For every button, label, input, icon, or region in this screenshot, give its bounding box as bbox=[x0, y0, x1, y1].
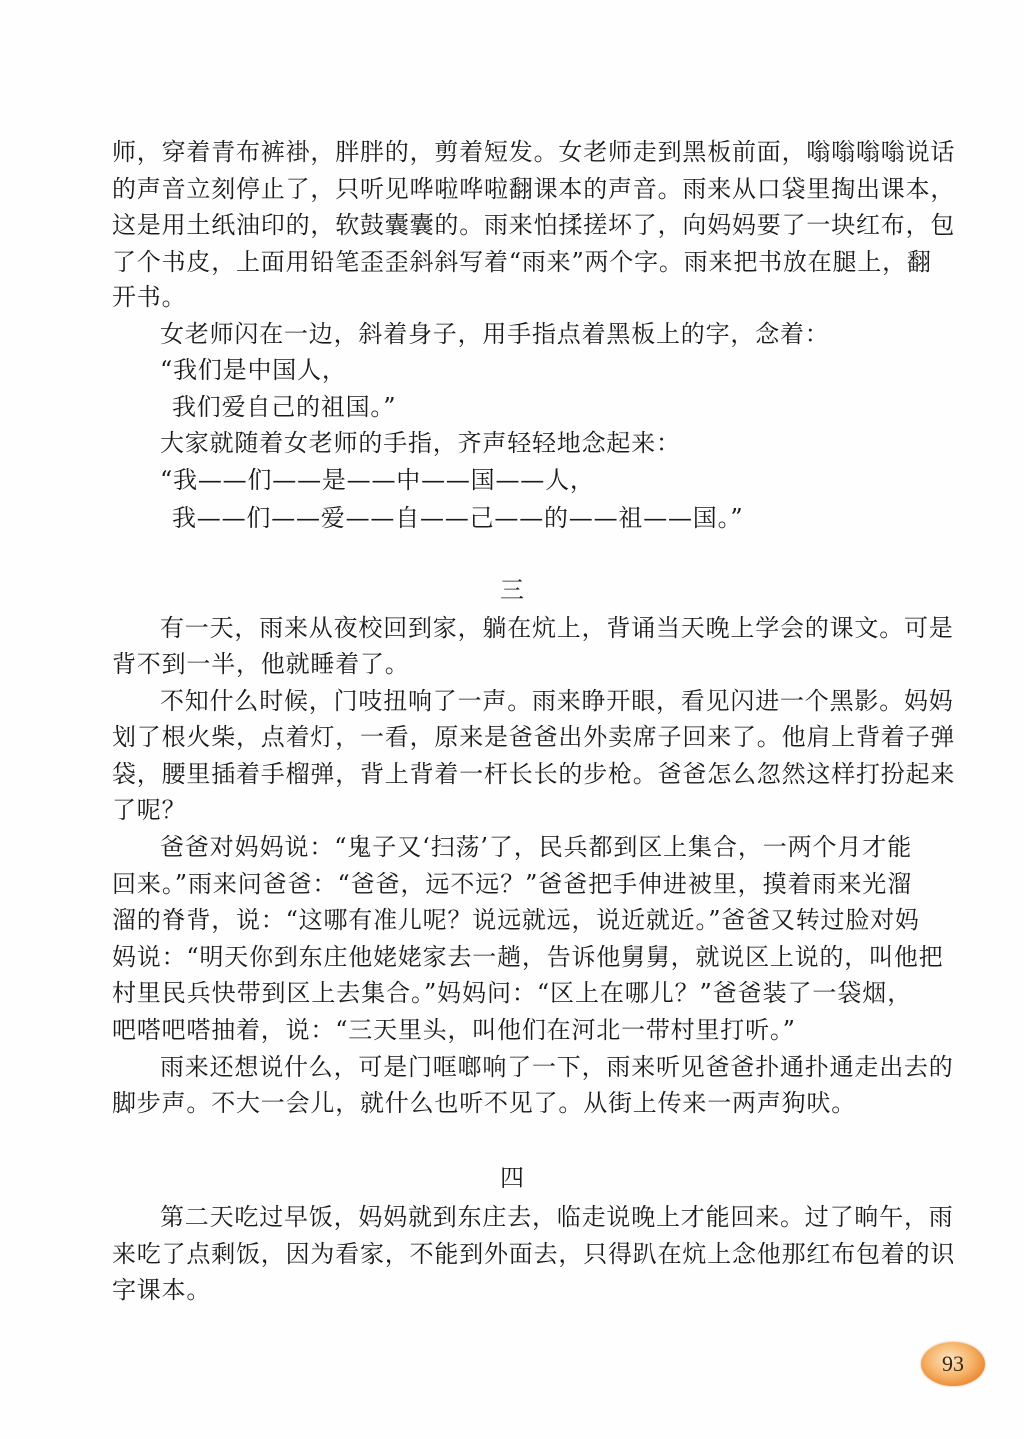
paragraph-line: 村里民兵快带到区上去集合。”妈妈问：“区上在哪儿？”爸爸装了一袋烟， bbox=[112, 978, 912, 1008]
paragraph-line: 这是用土纸油印的，软鼓囊囊的。雨来怕揉搓坏了，向妈妈要了一块红布，包 bbox=[112, 210, 912, 240]
paragraph-line: 回来。”雨来问爸爸：“爸爸，远不远？”爸爸把手伸进被里，摸着雨来光溜 bbox=[112, 869, 912, 899]
page-number: 93 bbox=[942, 1351, 964, 1377]
paragraph-line: 了个书皮，上面用铅笔歪歪斜斜写着“雨来”两个字。雨来把书放在腿上，翻 bbox=[112, 247, 912, 277]
recitation-line: 我——们——爱——自——己——的——祖——国。” bbox=[172, 503, 972, 533]
paragraph-line: 脚步声。不大一会儿，就什么也听不见了。从街上传来一两声狗吠。 bbox=[112, 1088, 912, 1118]
textbook-page: 师，穿着青布裤褂，胖胖的，剪着短发。女老师走到黑板前面，嗡嗡嗡嗡说话 的声音立刻… bbox=[0, 0, 1024, 1439]
paragraph-line: 第二天吃过早饭，妈妈就到东庄去，临走说晚上才能回来。过了晌午，雨 bbox=[160, 1202, 912, 1232]
paragraph-line: 爸爸对妈妈说：“鬼子又‘扫荡’了，民兵都到区上集合，一两个月才能 bbox=[160, 832, 912, 862]
paragraph: 大家就随着女老师的手指，齐声轻轻地念起来： bbox=[160, 428, 960, 458]
recitation-line: “我们是中国人， bbox=[160, 355, 960, 385]
paragraph: 女老师闪在一边，斜着身子，用手指点着黑板上的字，念着： bbox=[160, 319, 960, 349]
paragraph-line: 有一天，雨来从夜校回到家，躺在炕上，背诵当天晚上学会的课文。可是 bbox=[160, 613, 912, 643]
paragraph-line: 不知什么时候，门吱扭响了一声。雨来睁开眼，看见闪进一个黑影。妈妈 bbox=[160, 686, 912, 716]
paragraph-line: 雨来还想说什么，可是门哐啷响了一下，雨来听见爸爸扑通扑通走出去的 bbox=[160, 1052, 912, 1082]
paragraph-line: 溜的脊背，说：“这哪有准儿呢？说远就远，说近就近。”爸爸又转过脸对妈 bbox=[112, 905, 912, 935]
section-heading: 四 bbox=[0, 1163, 1024, 1193]
paragraph-line: 来吃了点剩饭，因为看家，不能到外面去，只得趴在炕上念他那红布包着的识 bbox=[112, 1239, 912, 1269]
recitation-line: “我——们——是——中——国——人， bbox=[160, 465, 960, 495]
paragraph-line: 了呢？ bbox=[112, 795, 912, 825]
paragraph-line: 的声音立刻停止了，只听见哗啦哗啦翻课本的声音。雨来从口袋里掏出课本， bbox=[112, 174, 912, 204]
paragraph-line: 师，穿着青布裤褂，胖胖的，剪着短发。女老师走到黑板前面，嗡嗡嗡嗡说话 bbox=[112, 137, 912, 167]
paragraph-line: 袋，腰里插着手榴弹，背上背着一杆长长的步枪。爸爸怎么忽然这样打扮起来 bbox=[112, 759, 912, 789]
paragraph-line: 妈说：“明天你到东庄他姥姥家去一趟，告诉他舅舅，就说区上说的，叫他把 bbox=[112, 942, 912, 972]
paragraph-line: 划了根火柴，点着灯，一看，原来是爸爸出外卖席子回来了。他肩上背着子弹 bbox=[112, 722, 912, 752]
paragraph-line: 字课本。 bbox=[112, 1275, 912, 1305]
paragraph-line: 开书。 bbox=[112, 282, 912, 312]
paragraph-line: 吧嗒吧嗒抽着，说：“三天里头，叫他们在河北一带村里打听。” bbox=[112, 1015, 912, 1045]
section-heading: 三 bbox=[0, 575, 1024, 605]
recitation-line: 我们爱自己的祖国。” bbox=[172, 392, 972, 422]
page-number-badge: 93 bbox=[921, 1342, 985, 1386]
paragraph-line: 背不到一半，他就睡着了。 bbox=[112, 649, 912, 679]
